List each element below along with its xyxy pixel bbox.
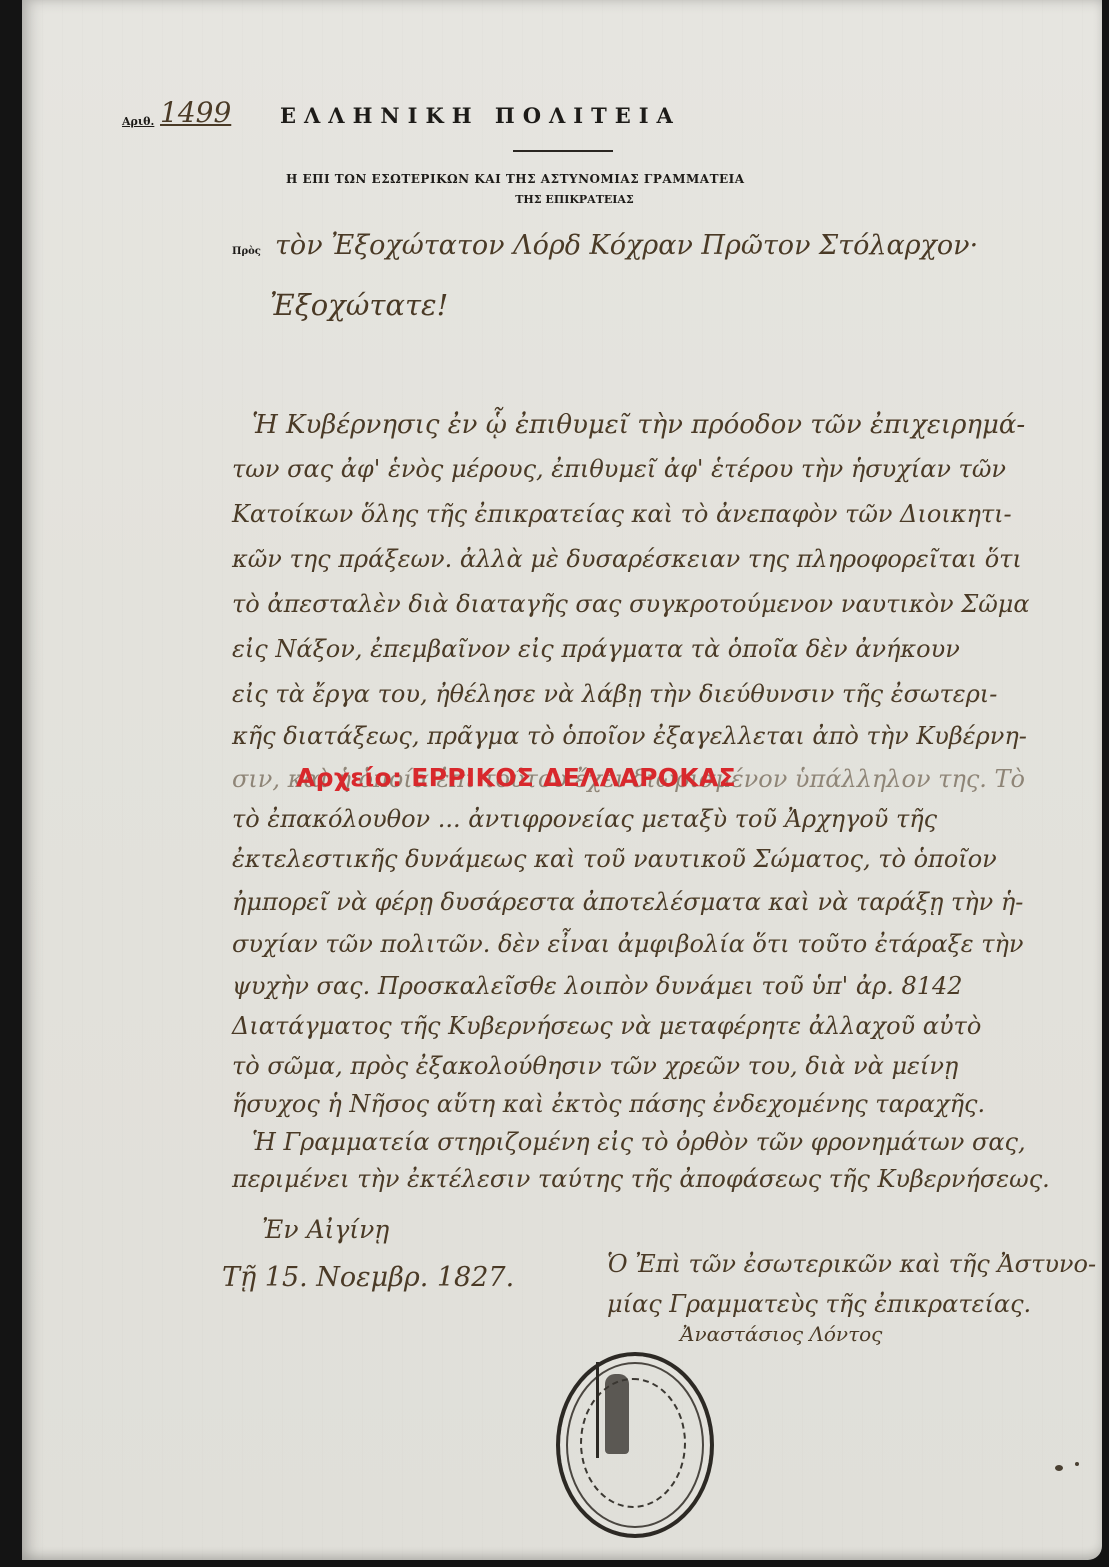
body-line: τὸ ἐπακόλουθον ... ἀντιφρονείας μεταξὺ τ… — [232, 805, 937, 833]
seal-spear-icon — [596, 1362, 599, 1458]
addressee: τὸν Ἐξοχώτατον Λόρδ Κόχραν Πρῶτον Στόλαρ… — [275, 230, 978, 261]
body-line: Ἡ Κυβέρνησις ἐν ᾧ ἐπιθυμεῖ τὴν πρόοδον τ… — [252, 410, 1025, 440]
document-title: ΕΛΛΗΝΙΚΗ ΠΟΛΙΤΕΙΑ — [280, 103, 681, 128]
body-line: ἠμπορεῖ νὰ φέρῃ δυσάρεστα ἀποτελέσματα κ… — [232, 888, 1023, 916]
body-line: των σας ἀφ' ἑνὸς μέρους, ἐπιθυμεῖ ἀφ' ἑτ… — [232, 455, 1006, 483]
paper-stain — [1055, 1465, 1063, 1471]
signature-title-line-2: μίας Γραμματεὺς τῆς ἐπικρατείας. — [607, 1290, 1031, 1318]
body-line: Κατοίκων ὅλης τῆς ἐπικρατείας καὶ τὸ ἀνε… — [232, 500, 1012, 528]
official-seal-icon — [556, 1352, 714, 1538]
body-line: συχίαν τῶν πολιτῶν. δὲν εἶναι ἀμφιβολία … — [232, 930, 1024, 958]
body-line: εἰς τὰ ἔργα του, ἠθέλησε νὰ λάβῃ τὴν διε… — [232, 680, 997, 708]
body-line: Διατάγματος τῆς Κυβερνήσεως νὰ μεταφέρητ… — [232, 1012, 981, 1040]
salutation: Ἐξοχώτατε! — [270, 288, 448, 322]
paper-stain — [1075, 1462, 1079, 1466]
signature-title-line-1: Ὁ Ἐπὶ τῶν ἐσωτερικῶν καὶ τῆς Ἀστυνο- — [607, 1250, 1096, 1278]
date: Τῇ 15. Νοεμβρ. 1827. — [222, 1262, 514, 1293]
body-line: κῶν της πράξεων. ἀλλὰ μὲ δυσαρέσκειαν τη… — [232, 545, 1022, 573]
signature: Ἀναστάσιος Λόντος — [680, 1322, 882, 1346]
body-line: τὸ ἀπεσταλὲν διὰ διαταγῆς σας συγκροτούμ… — [232, 590, 1030, 618]
reference-label: Αριθ. — [122, 115, 154, 128]
place: Ἐν Αἰγίνῃ — [262, 1215, 389, 1244]
body-line: τὸ σῶμα, πρὸς ἐξακολούθησιν τῶν χρεῶν το… — [232, 1052, 958, 1080]
body-line: ἥσυχος ἡ Νῆσος αὕτη καὶ ἐκτὸς πάσης ἐνδε… — [232, 1090, 985, 1118]
body-line: εἰς Νάξον, ἐπεμβαῖνον εἰς πράγματα τὰ ὁπ… — [232, 635, 960, 663]
to-label: Πρὸς — [232, 246, 261, 257]
body-line: ἐκτελεστικῆς δυνάμεως καὶ τοῦ ναυτικοῦ Σ… — [232, 845, 997, 873]
body-line: Ἡ Γραμματεία στηριζομένη εἰς τὸ ὀρθὸν τῶ… — [252, 1128, 1026, 1156]
seal-figure-icon — [605, 1374, 629, 1454]
title-divider — [513, 150, 613, 152]
body-line: κῆς διατάξεως, πρᾶγμα τὸ ὁποῖον ἐξαγελλε… — [232, 722, 1027, 750]
body-line: ψυχὴν σας. Προσκαλεῖσθε λοιπὸν δυνάμει τ… — [232, 972, 963, 1000]
issuer-line-2: ΤΗΣ ΕΠΙΚΡΑΤΕΙΑΣ — [0, 193, 1109, 206]
issuer-line-1: Η ΕΠΙ ΤΩΝ ΕΣΩΤΕΡΙΚΩΝ ΚΑΙ ΤΗΣ ΑΣΤΥΝΟΜΙΑΣ … — [286, 172, 745, 186]
reference-number: 1499 — [160, 96, 231, 129]
archive-watermark: Αρχείο: ΕΡΡΙΚΟΣ ΔΕΛΛΑΡΟΚΑΣ — [296, 763, 736, 792]
body-line: περιμένει τὴν ἐκτέλεσιν ταύτης τῆς ἀποφά… — [232, 1165, 1050, 1193]
